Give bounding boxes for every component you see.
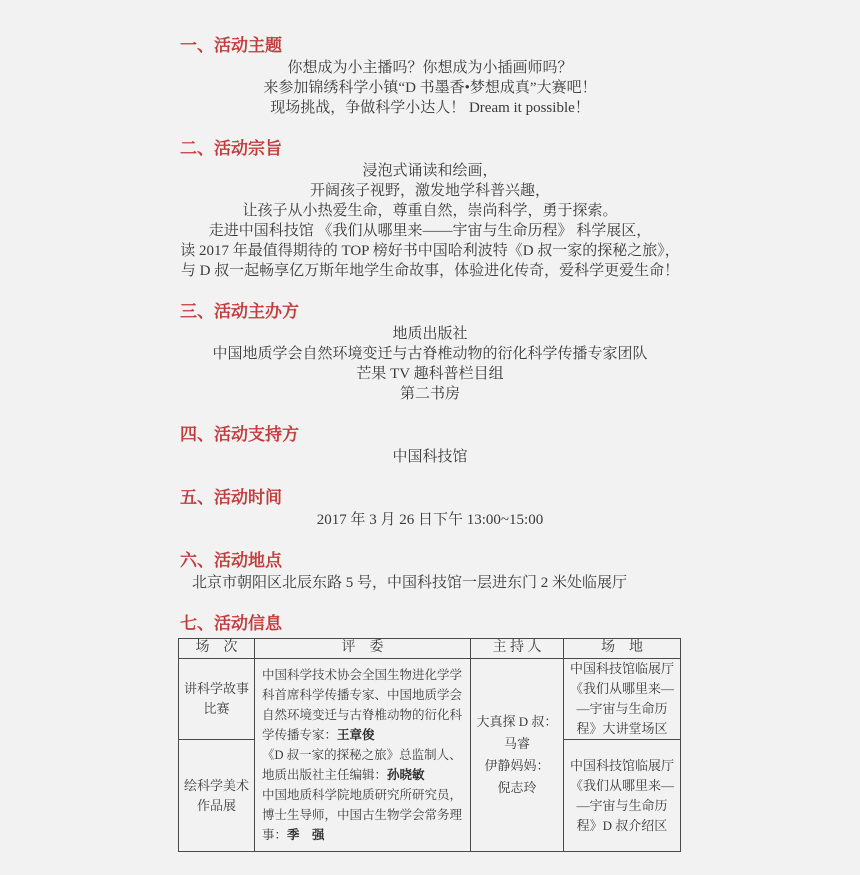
section-body-time: 2017 年 3 月 26 日下午 13:00~15:00	[0, 510, 860, 530]
column-judges: 中国科学技术协会全国生物进化学学科首席科学传播专家、中国地质学会自然环境变迁与古…	[255, 659, 471, 851]
text-line: 走进中国科技馆 《我们从哪里来——宇宙与生命历程》 科学展区，	[0, 221, 860, 241]
text-line: 来参加锦绣科学小镇“D 书墨香•梦想成真”大赛吧！	[0, 78, 860, 98]
section-heading-time: 五、活动时间	[180, 489, 860, 507]
table-header-row: 场 次 评 委 主 持 人 场 地	[179, 639, 680, 659]
section-body-organizers: 地质出版社 中国地质学会自然环境变迁与古脊椎动物的衍化科学传播专家团队 芒果 T…	[0, 324, 860, 404]
table-body: 讲科学故事 比赛 绘科学美术 作品展 中国科学技术协会全国生物进化学学科首席科学…	[179, 659, 680, 851]
section-activity-supporter: 四、活动支持方 中国科技馆	[0, 426, 860, 467]
section-activity-theme: 一、活动主题 你想成为小主播吗？你想成为小插画师吗？ 来参加锦绣科学小镇“D 书…	[0, 37, 860, 118]
section-activity-location: 六、活动地点 北京市朝阳区北辰东路 5 号，中国科技馆一层进东门 2 米处临展厅	[0, 552, 860, 593]
judge-name: 孙晓敏	[387, 768, 425, 782]
text-line: 北京市朝阳区北辰东路 5 号，中国科技馆一层进东门 2 米处临展厅	[192, 573, 860, 593]
judge-name: 季 强	[287, 828, 325, 842]
judge-name: 王章俊	[337, 728, 375, 742]
text-line: 浸泡式诵读和绘画，	[0, 161, 860, 181]
text-line: 中国地质学会自然环境变迁与古脊椎动物的衍化科学传播专家团队	[0, 344, 860, 364]
activity-notice-document: 一、活动主题 你想成为小主播吗？你想成为小插画师吗？ 来参加锦绣科学小镇“D 书…	[0, 0, 860, 852]
section-body-theme: 你想成为小主播吗？你想成为小插画师吗？ 来参加锦绣科学小镇“D 书墨香•梦想成真…	[0, 58, 860, 118]
text-line: 中国科技馆	[0, 447, 860, 467]
judge-title-text: 《D 叔一家的探秘之旅》总监制人、地质出版社主任编辑：	[262, 748, 462, 782]
section-body-location: 北京市朝阳区北辰东路 5 号，中国科技馆一层进东门 2 米处临展厅	[0, 573, 860, 593]
text-line: 读 2017 年最值得期待的 TOP 榜好书中国哈利波特《D 叔一家的探秘之旅》…	[0, 241, 860, 261]
text-line: 地质出版社	[0, 324, 860, 344]
column-header-hosts: 主 持 人	[471, 639, 564, 658]
text-line: 与 D 叔一起畅享亿万斯年地学生命故事，体验进化传奇，爱科学更爱生命！	[0, 261, 860, 281]
section-heading-organizers: 三、活动主办方	[180, 303, 860, 321]
activity-info-table: 场 次 评 委 主 持 人 场 地 讲科学故事 比赛 绘科学美术 作品展 中国科…	[178, 638, 681, 852]
section-activity-info: 七、活动信息 场 次 评 委 主 持 人 场 地 讲科学故事 比赛 绘科学美术 …	[0, 615, 860, 852]
section-heading-purpose: 二、活动宗旨	[180, 140, 860, 158]
section-heading-location: 六、活动地点	[180, 552, 860, 570]
column-session: 讲科学故事 比赛 绘科学美术 作品展	[179, 659, 255, 851]
judge-entry: 中国科学技术协会全国生物进化学学科首席科学传播专家、中国地质学会自然环境变迁与古…	[262, 665, 463, 745]
column-header-session: 场 次	[179, 639, 255, 658]
section-body-supporter: 中国科技馆	[0, 447, 860, 467]
column-header-judges: 评 委	[255, 639, 471, 658]
section-heading-supporter: 四、活动支持方	[180, 426, 860, 444]
session-cell-art-exhibit: 绘科学美术 作品展	[179, 740, 254, 851]
text-line: 第二书房	[0, 384, 860, 404]
section-activity-time: 五、活动时间 2017 年 3 月 26 日下午 13:00~15:00	[0, 489, 860, 530]
section-heading-info: 七、活动信息	[180, 615, 860, 633]
column-header-venue: 场 地	[564, 639, 680, 658]
text-line: 让孩子从小热爱生命，尊重自然，崇尚科学，勇于探索。	[0, 201, 860, 221]
section-body-purpose: 浸泡式诵读和绘画， 开阔孩子视野，激发地学科普兴趣， 让孩子从小热爱生命，尊重自…	[0, 161, 860, 281]
text-line: 芒果 TV 趣科普栏目组	[0, 364, 860, 384]
column-hosts: 大真探 D 叔： 马睿 伊静妈妈： 倪志玲	[471, 659, 564, 851]
column-venue: 中国科技馆临展厅 《我们从哪里来— —宇宙与生命历 程》大讲堂场区 中国科技馆临…	[564, 659, 680, 851]
text-line: 你想成为小主播吗？你想成为小插画师吗？	[0, 58, 860, 78]
text-line: 现场挑战，争做科学小达人！ Dream it possible！	[0, 98, 860, 118]
judge-entry: 中国地质科学院地质研究所研究员，博士生导师，中国古生物学会常务理事：季 强	[262, 785, 463, 845]
text-line: 开阔孩子视野，激发地学科普兴趣，	[0, 181, 860, 201]
venue-cell-intro-area: 中国科技馆临展厅 《我们从哪里来— —宇宙与生命历 程》D 叔介绍区	[564, 740, 680, 851]
text-line: 2017 年 3 月 26 日下午 13:00~15:00	[0, 510, 860, 530]
section-heading-theme: 一、活动主题	[180, 37, 860, 55]
section-activity-organizers: 三、活动主办方 地质出版社 中国地质学会自然环境变迁与古脊椎动物的衍化科学传播专…	[0, 303, 860, 404]
venue-cell-lecture-area: 中国科技馆临展厅 《我们从哪里来— —宇宙与生命历 程》大讲堂场区	[564, 659, 680, 740]
section-activity-purpose: 二、活动宗旨 浸泡式诵读和绘画， 开阔孩子视野，激发地学科普兴趣， 让孩子从小热…	[0, 140, 860, 281]
judge-entry: 《D 叔一家的探秘之旅》总监制人、地质出版社主任编辑：孙晓敏	[262, 745, 463, 785]
session-cell-story-contest: 讲科学故事 比赛	[179, 659, 254, 740]
